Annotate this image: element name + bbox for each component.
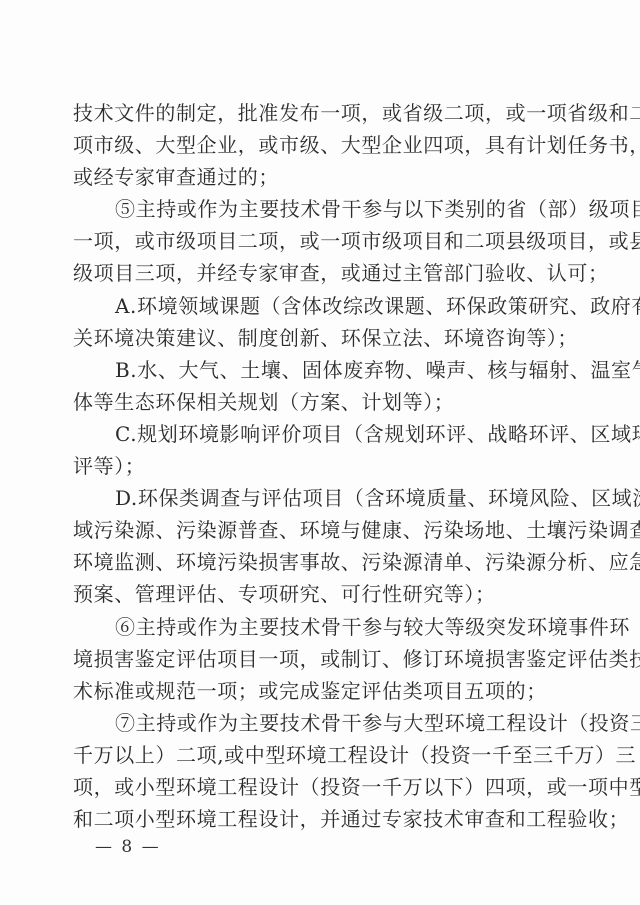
text-line: 评等）；	[73, 450, 563, 482]
text-line: 级项目三项，并经专家审查，或通过主管部门验收、认可；	[73, 257, 563, 289]
text-line: 项市级、大型企业，或市级、大型企业四项，具有计划任务书，	[73, 129, 563, 161]
paragraph-item-5-a: A.环境领域课题（含体改综改课题、环保政策研究、政府有 关环境决策建议、制度创新…	[73, 290, 563, 354]
document-body: 技术文件的制定，批准发布一项，或省级二项，或一项省级和二 项市级、大型企业，或市…	[73, 97, 563, 835]
paragraph-item-6: ⑥主持或作为主要技术骨干参与较大等级突发环境事件环 境损害鉴定评估项目一项，或制…	[73, 611, 563, 707]
text-line: 一项，或市级项目二项，或一项市级项目和二项县级项目，或县	[73, 225, 563, 257]
paragraph-item-7: ⑦主持或作为主要技术骨干参与大型环境工程设计（投资三 千万以上）二项,或中型环境…	[73, 707, 563, 835]
paragraph-continuation: 技术文件的制定，批准发布一项，或省级二项，或一项省级和二 项市级、大型企业，或市…	[73, 97, 563, 193]
document-page: 技术文件的制定，批准发布一项，或省级二项，或一项省级和二 项市级、大型企业，或市…	[0, 0, 640, 905]
text-line: C.规划环境影响评价项目（含规划环评、战略环评、区域环	[73, 418, 563, 450]
text-line: 境损害鉴定评估项目一项，或制订、修订环境损害鉴定评估类技	[73, 643, 563, 675]
text-line: 术标准或规范一项；或完成鉴定评估类项目五项的；	[73, 675, 563, 707]
text-line: ⑥主持或作为主要技术骨干参与较大等级突发环境事件环	[73, 611, 563, 643]
text-line: 千万以上）二项,或中型环境工程设计（投资一千至三千万）三	[73, 739, 563, 771]
text-line: 或经专家审查通过的；	[73, 161, 563, 193]
paragraph-item-5: ⑤主持或作为主要技术骨干参与以下类别的省（部）级项目 一项，或市级项目二项，或一…	[73, 193, 563, 289]
text-line: ⑤主持或作为主要技术骨干参与以下类别的省（部）级项目	[73, 193, 563, 225]
page-number: — 8 —	[95, 835, 161, 859]
paragraph-item-5-b: B.水、大气、土壤、固体废弃物、噪声、核与辐射、温室气 体等生态环保相关规划（方…	[73, 354, 563, 418]
text-line: 技术文件的制定，批准发布一项，或省级二项，或一项省级和二	[73, 97, 563, 129]
text-line: 预案、管理评估、专项研究、可行性研究等）；	[73, 578, 563, 610]
text-line: 环境监测、环境污染损害事故、污染源清单、污染源分析、应急	[73, 546, 563, 578]
paragraph-item-5-c: C.规划环境影响评价项目（含规划环评、战略环评、区域环 评等）；	[73, 418, 563, 482]
text-line: 体等生态环保相关规划（方案、计划等）；	[73, 386, 563, 418]
paragraph-item-5-d: D.环保类调查与评估项目（含环境质量、环境风险、区域流 域污染源、污染源普查、环…	[73, 482, 563, 610]
text-line: A.环境领域课题（含体改综改课题、环保政策研究、政府有	[73, 290, 563, 322]
text-line: 和二项小型环境工程设计，并通过专家技术审查和工程验收；	[73, 803, 563, 835]
text-line: B.水、大气、土壤、固体废弃物、噪声、核与辐射、温室气	[73, 354, 563, 386]
text-line: 关环境决策建议、制度创新、环保立法、环境咨询等）；	[73, 322, 563, 354]
text-line: ⑦主持或作为主要技术骨干参与大型环境工程设计（投资三	[73, 707, 563, 739]
text-line: 域污染源、污染源普查、环境与健康、污染场地、土壤污染调查、	[73, 514, 563, 546]
text-line: D.环保类调查与评估项目（含环境质量、环境风险、区域流	[73, 482, 563, 514]
text-line: 项，或小型环境工程设计（投资一千万以下）四项，或一项中型	[73, 771, 563, 803]
